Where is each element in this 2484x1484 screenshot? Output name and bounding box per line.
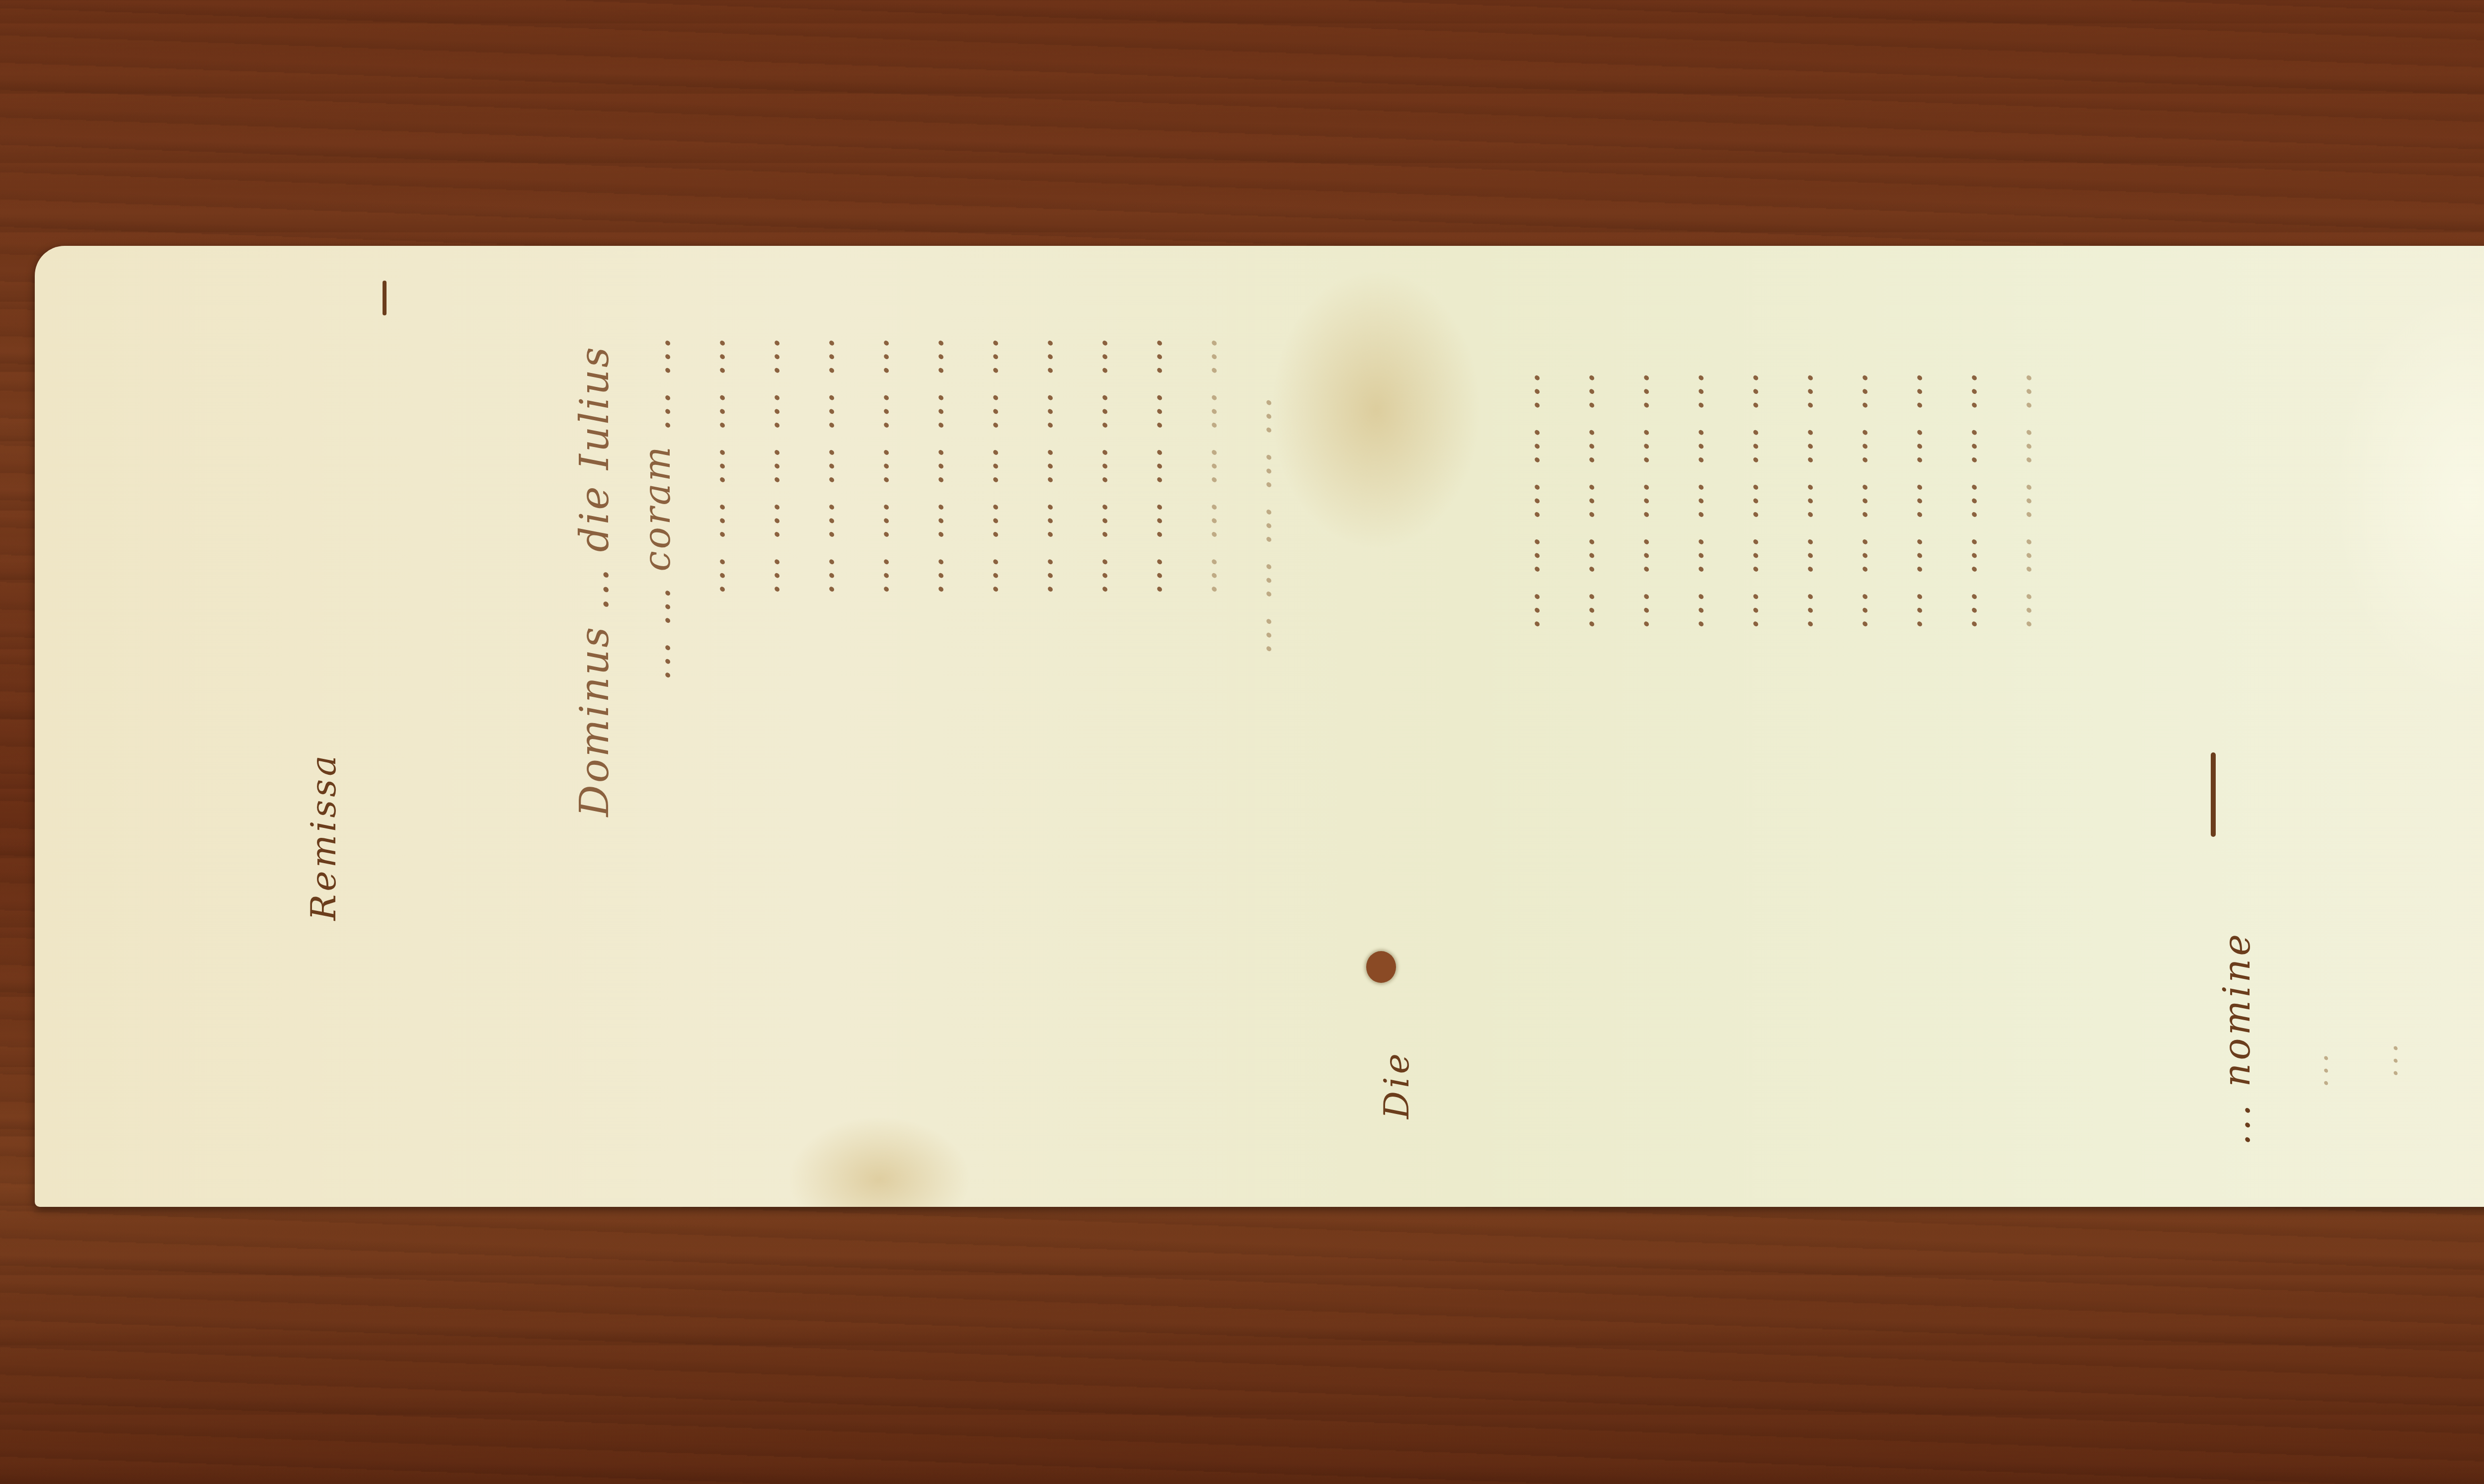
margin-note: Remissa <box>303 752 344 920</box>
closing-flourish <box>2211 752 2216 837</box>
block1-line: ... ... ... ... ... <box>745 335 788 595</box>
block2-line: ... ... ... ... ... <box>1615 370 1657 630</box>
block1-line: ... ... ... ... ... <box>854 335 897 595</box>
manuscript-page: Remissa Dominus ... die Iulius ... ... c… <box>35 246 2484 1207</box>
block2-line: ... ... ... ... ... <box>1942 370 1985 630</box>
block1-line: ... ... ... ... ... <box>1128 335 1170 595</box>
block2-line: ... ... ... ... ... <box>1779 370 1821 630</box>
block1-line: ... ... ... ... ... <box>909 335 952 595</box>
signature: ... <box>2300 1050 2335 1088</box>
block2-label: Die <box>1376 1050 1417 1119</box>
block1-line: ... ... ... ... ... <box>1237 395 1280 655</box>
paper-hole <box>1366 951 1396 983</box>
block2-line: ... ... ... ... ... <box>1997 370 2040 630</box>
block1-line: ... ... ... ... ... <box>1182 335 1225 595</box>
block2-line: ... ... ... ... ... <box>1669 370 1712 630</box>
block1-line: ... ... ... ... ... <box>1018 335 1061 595</box>
block1-line: Dominus ... die Iulius <box>571 345 618 816</box>
block2-line: ... ... ... ... ... <box>1724 370 1767 630</box>
block2-line: ... ... ... ... ... <box>1505 370 1548 630</box>
block2-line: ... ... ... ... ... <box>1560 370 1603 630</box>
block1-line: ... ... coram ... ... <box>636 335 679 681</box>
block1-line: ... ... ... ... ... <box>1073 335 1116 595</box>
closing-text: ... nomine <box>2216 931 2258 1146</box>
margin-mark <box>383 281 387 315</box>
block1-line: ... ... ... ... ... <box>964 335 1007 595</box>
block2-line: ... ... ... ... ... <box>1888 370 1931 630</box>
signature: ... <box>2370 1040 2405 1078</box>
block1-line: ... ... ... ... ... <box>691 335 733 595</box>
block2-line: ... ... ... ... ... <box>1833 370 1876 630</box>
block1-line: ... ... ... ... ... <box>800 335 843 595</box>
